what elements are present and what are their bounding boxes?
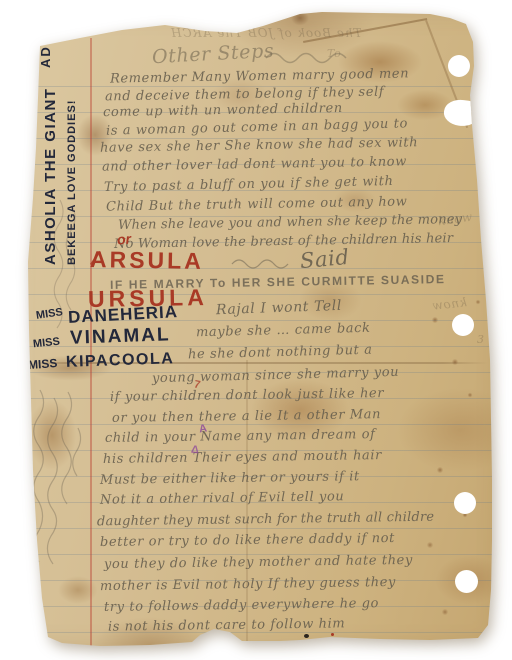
margin-scribbles-mid-left	[52, 196, 82, 346]
title-squiggle	[262, 48, 352, 64]
margin-inscription-journey: JURNEY TO OTHER TIME PULL 3065	[12, 47, 26, 296]
miss-prefix-3: MISS	[28, 356, 58, 372]
correction-mark-violet-delta: Δ	[190, 444, 199, 457]
miss-name-vinamal: VINAMAL	[70, 324, 171, 349]
said-word: Said	[299, 246, 350, 273]
punch-hole-3	[454, 492, 476, 514]
margin-scribbles-lower-left	[14, 388, 86, 632]
page-title: Other Steps	[152, 41, 275, 68]
ghost-digit: 3	[477, 334, 485, 346]
punch-hole-4	[455, 570, 478, 593]
miss-name-kipacoola: KIPACOOLA	[66, 350, 175, 372]
correction-mark-violet-a: A	[198, 423, 208, 436]
margin-inscription-ad: AD	[38, 45, 53, 68]
punch-hole-2	[452, 314, 474, 336]
punch-hole-1	[448, 55, 470, 77]
pre-said-squiggle	[228, 256, 298, 270]
ghost-header-text: The Book of JOB The ARCH	[170, 27, 362, 40]
paper: The Book of JOB The ARCH To know know 3 …	[0, 0, 512, 660]
photographed-document: The Book of JOB The ARCH To know know 3 …	[0, 0, 512, 660]
paper-shadow: The Book of JOB The ARCH To know know 3 …	[0, 0, 512, 660]
red-word-or: or	[116, 231, 131, 248]
red-name-arsula: ARSULA	[90, 246, 204, 275]
margin-pencil-try-to: TRY TO	[16, 568, 30, 622]
